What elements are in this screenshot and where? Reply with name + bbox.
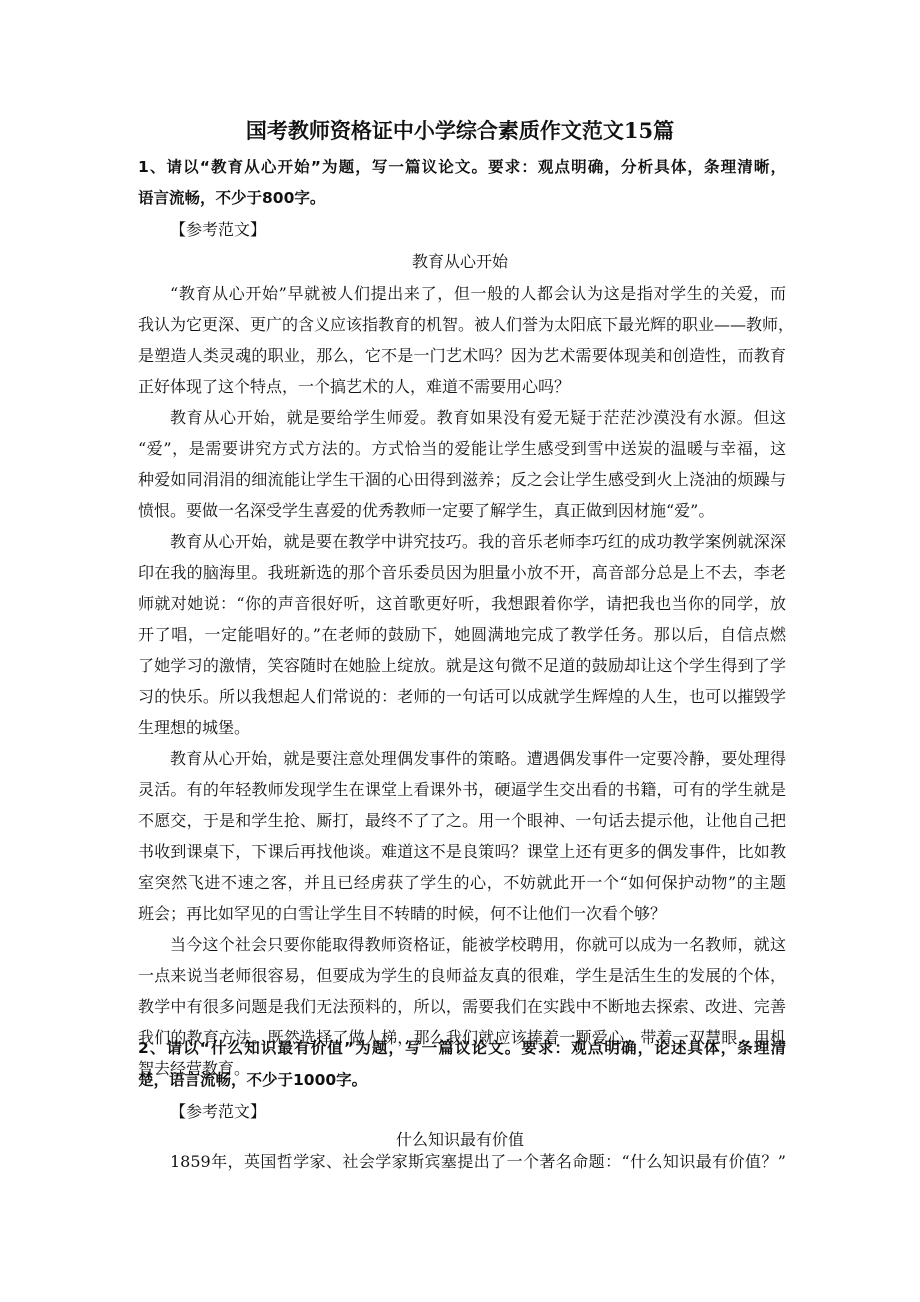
essay-line: 室突然飞进不速之客，并且已经虏获了学生的心，不妨就此开一个“如何保护动物”的主题 (138, 871, 786, 895)
reference-label: 【参考范文】 (170, 1100, 266, 1124)
essay-line: 不愿交，于是和学生抢、厮打，最终不了了之。用一个眼神、一句话去提示他，让他自己把 (138, 809, 786, 833)
essay-line: 愤恨。要做一名深受学生喜爱的优秀教师一定要了解学生，真正做到因材施“爱”。 (138, 499, 786, 523)
essay-line: 习的快乐。所以我想起人们常说的：老师的一句话可以成就学生辉煌的人生，也可以摧毁学 (138, 685, 786, 709)
essay-line: 一点来说当老师很容易，但要成为学生的良师益友真的很难，学生是活生生的发展的个体， (138, 964, 786, 988)
essay-line: 教育从心开始，就是要在教学中讲究技巧。我的音乐老师李巧红的成功教学案例就深深 (170, 530, 786, 554)
essay-line: 种爱如同涓涓的细流能让学生干涸的心田得到滋养；反之会让学生感受到火上浇油的烦躁与 (138, 468, 786, 492)
essay-line: 教学中有很多问题是我们无法预料的，所以，需要我们在实践中不断地去探索、改进、完善 (138, 995, 786, 1019)
essay-line: 1859年，英国哲学家、社会学家斯宾塞提出了一个著名命题：“什么知识最有价值？” (170, 1150, 786, 1174)
essay-line: 师就对她说：“你的声音很好听，这首歌更好听，我想跟着你学，请把我也当你的同学，放 (138, 592, 786, 616)
essay-line: 生理想的城堡。 (138, 716, 786, 740)
essay-line: 教育从心开始，就是要注意处理偶发事件的策略。遭遇偶发事件一定要冷静，要处理得 (170, 747, 786, 771)
essay-line: 教育从心开始，就是要给学生师爱。教育如果没有爱无疑于茫茫沙漠没有水源。但这 (170, 406, 786, 430)
essay-line: 了她学习的激情，笑容随时在她脸上绽放。就是这句微不足道的鼓励却让这个学生得到了学 (138, 654, 786, 678)
question-1-prompt-line: 语言流畅，不少于800字。 (138, 186, 786, 210)
document-title: 国考教师资格证中小学综合素质作文范文15篇 (0, 116, 920, 146)
essay-line: 是塑造人类灵魂的职业，那么，它不是一门艺术吗？因为艺术需要体现美和创造性，而教育 (138, 344, 786, 368)
essay-line: 书收到课桌下，下课后再找他谈。难道这不是良策吗？课堂上还有更多的偶发事件，比如教 (138, 840, 786, 864)
question-1-prompt-line: 1、请以“教育从心开始”为题，写一篇议论文。要求：观点明确，分析具体，条理清晰， (138, 155, 786, 179)
question-2-prompt-line: 楚，语言流畅，不少于1000字。 (138, 1068, 786, 1092)
reference-label: 【参考范文】 (170, 218, 266, 242)
question-2-prompt-line: 2、请以“什么知识最有价值”为题，写一篇议论文。要求：观点明确，论述具体，条理清 (138, 1036, 786, 1060)
essay-title: 教育从心开始 (0, 250, 920, 274)
essay-line: 正好体现了这个特点，一个搞艺术的人，难道不需要用心吗？ (138, 375, 786, 399)
essay-line: 我认为它更深、更广的含义应该指教育的机智。被人们誉为太阳底下最光辉的职业——教师… (138, 313, 786, 337)
essay-line: 开了唱，一定能唱好的。”在老师的鼓励下，她圆满地完成了教学任务。那以后，自信点燃 (138, 623, 786, 647)
essay-line: 灵活。有的年轻教师发现学生在课堂上看课外书，硬逼学生交出看的书籍，可有的学生就是 (138, 778, 786, 802)
essay-line: “教育从心开始”早就被人们提出来了，但一般的人都会认为这是指对学生的关爱，而 (170, 282, 786, 306)
essay-line: 当今这个社会只要你能取得教师资格证，能被学校聘用，你就可以成为一名教师，就这 (170, 933, 786, 957)
essay-line: “爱”，是需要讲究方式方法的。方式恰当的爱能让学生感受到雪中送炭的温暖与幸福，这 (138, 437, 786, 461)
document-page: 国考教师资格证中小学综合素质作文范文15篇 1、请以“教育从心开始”为题，写一篇… (0, 0, 920, 1302)
essay-line: 印在我的脑海里。我班新选的那个音乐委员因为胆量小放不开，高音部分总是上不去，李老 (138, 561, 786, 585)
essay-line: 班会；再比如罕见的白雪让学生目不转睛的时候，何不让他们一次看个够？ (138, 902, 786, 926)
essay-title: 什么知识最有价值 (0, 1128, 920, 1152)
